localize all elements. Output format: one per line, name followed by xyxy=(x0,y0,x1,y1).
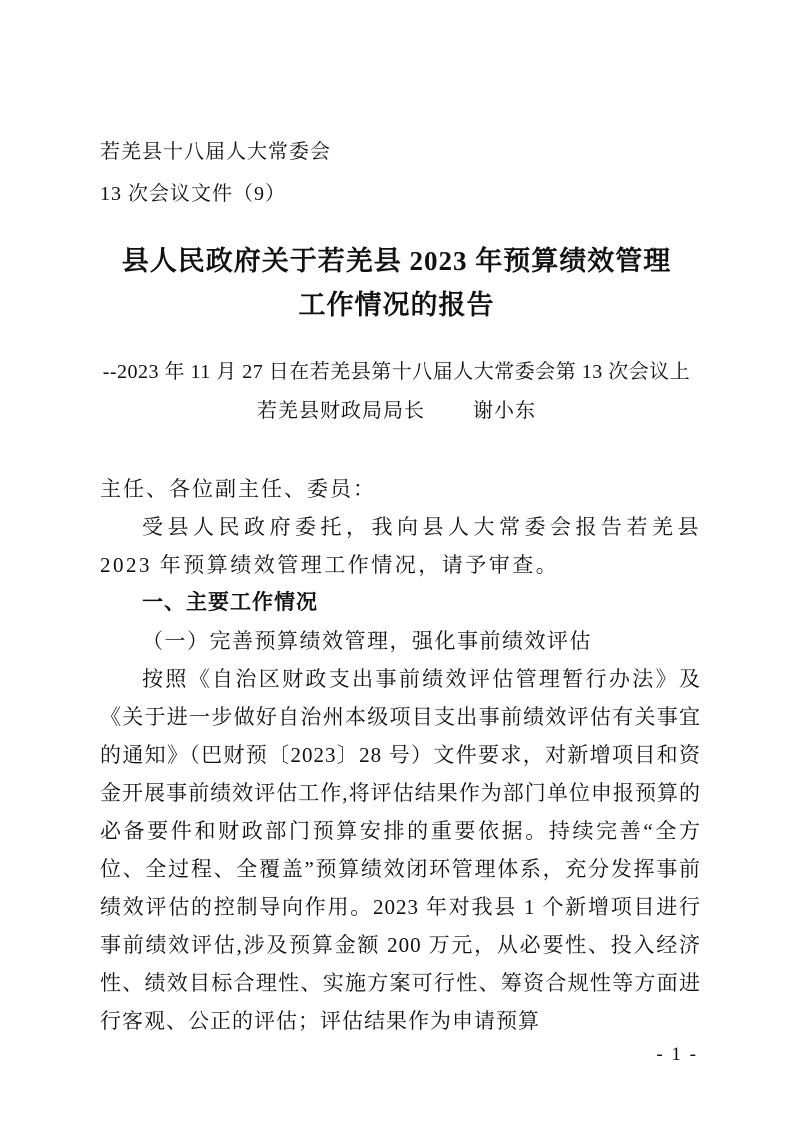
document-title-line2: 工作情况的报告 xyxy=(50,283,743,327)
section1-paragraph: 按照《自治区财政支出事前绩效评估管理暂行办法》及《关于进一步做好自治州本级项目支… xyxy=(100,660,701,1040)
intro-paragraph: 受县人民政府委托，我向县人大常委会报告若羌县 2023 年预算绩效管理工作情况，… xyxy=(100,508,701,584)
presenter-position: 若羌县财政局局长 xyxy=(257,400,425,422)
subsection1-heading: （一）完善预算绩效管理，强化事前绩效评估 xyxy=(100,622,701,660)
document-page: 若羌县十八届人大常委会 13 次会议文件（9） 县人民政府关于若羌县 2023 … xyxy=(0,0,793,1122)
document-meta: 若羌县十八届人大常委会 13 次会议文件（9） xyxy=(100,131,331,215)
document-title: 县人民政府关于若羌县 2023 年预算绩效管理 工作情况的报告 xyxy=(50,239,743,327)
salutation: 主任、各位副主任、委员： xyxy=(100,470,701,508)
meeting-date-subtitle: --2023 年 11 月 27 日在若羌县第十八届人大常委会第 13 次会议上 xyxy=(0,357,793,387)
document-body: 主任、各位副主任、委员： 受县人民政府委托，我向县人大常委会报告若羌县 2023… xyxy=(100,470,701,1040)
presenter-line: 若羌县财政局局长谢小东 xyxy=(0,396,793,426)
meeting-committee-line: 若羌县十八届人大常委会 xyxy=(100,131,331,173)
section1-heading: 一、主要工作情况 xyxy=(100,584,701,622)
page-number: - 1 - xyxy=(656,1044,698,1066)
document-title-line1: 县人民政府关于若羌县 2023 年预算绩效管理 xyxy=(50,239,743,283)
presenter-name: 谢小东 xyxy=(473,400,536,422)
file-number-line: 13 次会议文件（9） xyxy=(100,173,331,215)
